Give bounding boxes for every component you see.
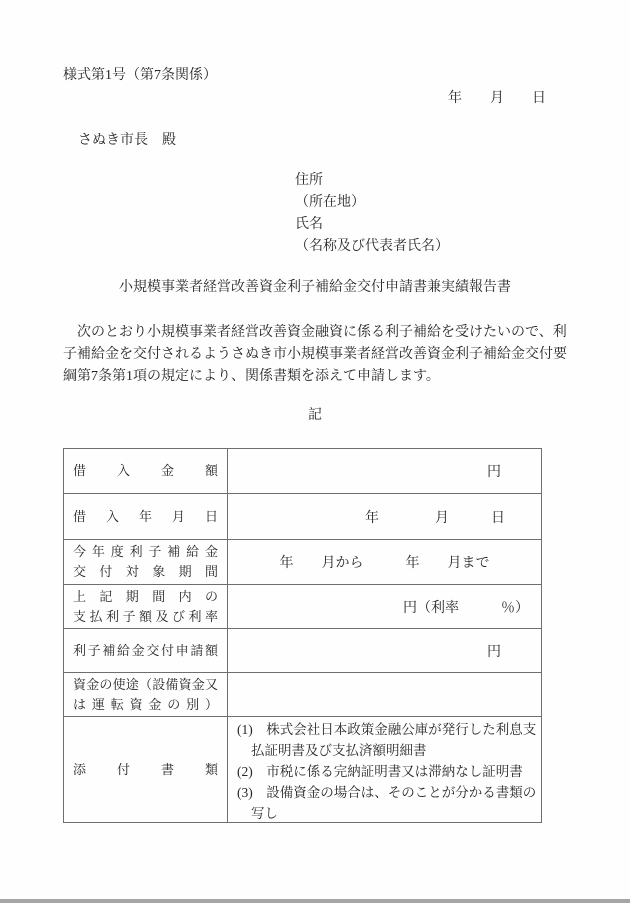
label-line: は運転資金の別） bbox=[73, 695, 218, 715]
label-line: 添付書類 bbox=[73, 760, 218, 780]
row-value-cell: 年 月 日 bbox=[228, 494, 541, 539]
row-label-cell: 資金の使途（設備資金又 は運転資金の別） bbox=[64, 673, 228, 716]
label-line: 支払利子額及び利率 bbox=[73, 607, 218, 627]
paragraph-line: 綱第7条第1項の規定により、関係書類を添えて申請します。 bbox=[63, 366, 569, 388]
row-label-cell: 添付書類 bbox=[64, 717, 228, 822]
value-unit-yen: 円 bbox=[228, 461, 541, 481]
applicant-representative-label: （名称及び代表者氏名） bbox=[295, 236, 449, 258]
row-value-cell: 円 bbox=[228, 629, 541, 672]
value-period-blanks: 年 月から 年 月まで bbox=[228, 552, 541, 572]
value-unit-yen: 円 bbox=[228, 641, 541, 661]
table-row-fund-use: 資金の使途（設備資金又 は運転資金の別） bbox=[64, 673, 541, 717]
addressee: さぬき市長 殿 bbox=[78, 129, 176, 149]
paragraph-line: 子補給金を交付されるようさぬき市小規模事業者経営改善資金利子補給金交付要 bbox=[63, 344, 569, 366]
application-table: 借入金額 円 借入年月日 年 月 日 今年度利子補給金 交付対象期間 年 月から… bbox=[63, 448, 542, 823]
attachment-item-line: 払証明書及び支払済額明細書 bbox=[237, 740, 537, 761]
row-label-cell: 今年度利子補給金 交付対象期間 bbox=[64, 540, 228, 584]
applicant-location-label: （所在地） bbox=[295, 192, 449, 214]
attachment-item-line: (3) 設備資金の場合は、そのことが分かる書類の bbox=[237, 782, 537, 803]
row-label-cell: 借入金額 bbox=[64, 449, 228, 493]
table-row-subsidy-period: 今年度利子補給金 交付対象期間 年 月から 年 月まで bbox=[64, 540, 541, 585]
paragraph-line: 次のとおり小規模事業者経営改善資金融資に係る利子補給を受けたいので、利 bbox=[63, 322, 569, 344]
attachment-item-line: (1) 株式会社日本政策金融公庫が発行した利息支 bbox=[237, 719, 537, 740]
label-line: 利子補給金交付申請額 bbox=[73, 641, 218, 661]
attachment-item-line: 写し bbox=[237, 803, 537, 822]
row-label-cell: 借入年月日 bbox=[64, 494, 228, 539]
row-label-cell: 利子補給金交付申請額 bbox=[64, 629, 228, 672]
applicant-block: 住所 （所在地） 氏名 （名称及び代表者氏名） bbox=[295, 170, 449, 258]
value-date-blanks: 年 月 日 bbox=[228, 507, 541, 527]
row-value-cell: 円 bbox=[228, 449, 541, 493]
row-value-cell bbox=[228, 673, 541, 716]
table-row-attachments: 添付書類 (1) 株式会社日本政策金融公庫が発行した利息支 払証明書及び支払済額… bbox=[64, 717, 541, 822]
body-paragraph: 次のとおり小規模事業者経営改善資金融資に係る利子補給を受けたいので、利 子補給金… bbox=[63, 322, 569, 388]
document-page: 様式第1号（第7条関係） 年 月 日 さぬき市長 殿 住所 （所在地） 氏名 （… bbox=[0, 0, 630, 903]
value-yen-rate: 円（利率 ％） bbox=[228, 597, 541, 617]
document-title: 小規模事業者経営改善資金利子補給金交付申請書兼実績報告書 bbox=[63, 276, 567, 296]
attachments-cell: (1) 株式会社日本政策金融公庫が発行した利息支 払証明書及び支払済額明細書 (… bbox=[228, 717, 541, 822]
label-line: 借入年月日 bbox=[73, 507, 218, 527]
form-number: 様式第1号（第7条関係） bbox=[63, 64, 217, 84]
row-label-cell: 上記期間内の 支払利子額及び利率 bbox=[64, 585, 228, 628]
table-row-loan-date: 借入年月日 年 月 日 bbox=[64, 494, 541, 540]
row-value-cell: 年 月から 年 月まで bbox=[228, 540, 541, 584]
row-value-cell: 円（利率 ％） bbox=[228, 585, 541, 628]
label-line: 資金の使途（設備資金又 bbox=[73, 675, 218, 695]
scan-edge-bottom bbox=[0, 899, 630, 903]
attachment-item-line: (2) 市税に係る完納証明書又は滞納なし証明書 bbox=[237, 761, 537, 782]
table-row-loan-amount: 借入金額 円 bbox=[64, 449, 541, 494]
label-line: 今年度利子補給金 bbox=[73, 542, 218, 562]
table-row-paid-interest: 上記期間内の 支払利子額及び利率 円（利率 ％） bbox=[64, 585, 541, 629]
label-line: 交付対象期間 bbox=[73, 562, 218, 582]
label-line: 借入金額 bbox=[73, 461, 218, 481]
label-line: 上記期間内の bbox=[73, 587, 218, 607]
applicant-address-label: 住所 bbox=[295, 170, 449, 192]
applicant-name-label: 氏名 bbox=[295, 214, 449, 236]
table-row-application-amount: 利子補給金交付申請額 円 bbox=[64, 629, 541, 673]
record-marker: 記 bbox=[63, 404, 567, 424]
date-line: 年 月 日 bbox=[448, 87, 546, 107]
